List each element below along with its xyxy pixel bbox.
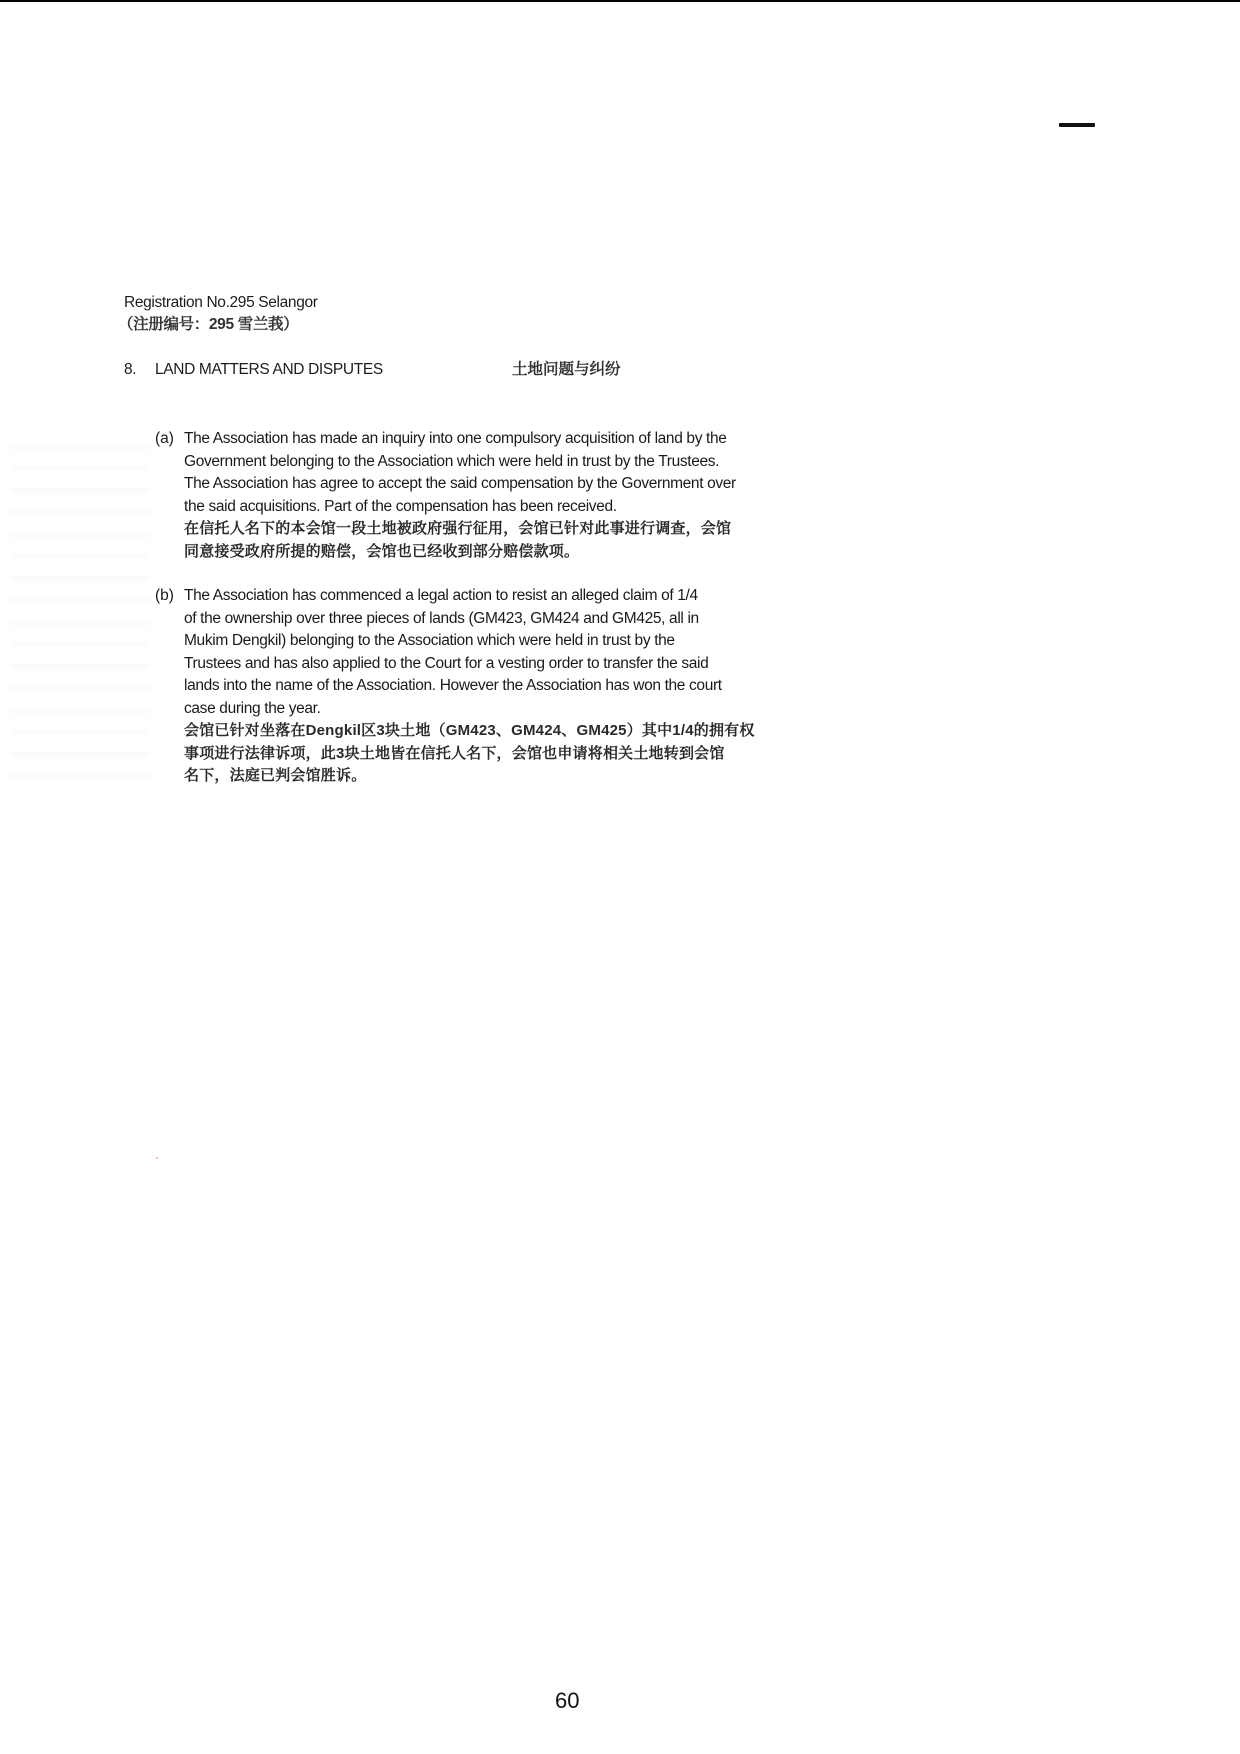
scan-speck [156, 1157, 158, 1159]
registration-number: Registration No.295 Selangor [124, 292, 318, 315]
paragraph-line: Government belonging to the Association … [184, 451, 864, 474]
paragraph-line: case during the year. [184, 698, 864, 721]
paragraph-line: The Association has commenced a legal ac… [184, 585, 864, 608]
section-title: LAND MATTERS AND DISPUTES [155, 359, 383, 382]
paragraph-line: lands into the name of the Association. … [184, 675, 864, 698]
section-title-chinese: 土地问题与纠纷 [512, 359, 621, 382]
paragraph-line-chinese: 名下，法庭已判会馆胜诉。 [184, 765, 864, 788]
paragraph-line: The Association has made an inquiry into… [184, 428, 864, 451]
paragraph-line: Mukim Dengkil) belonging to the Associat… [184, 630, 864, 653]
paragraph-line-chinese: 同意接受政府所提的赔偿，会馆也已经收到部分赔偿款项。 [184, 541, 864, 564]
paragraph-body: The Association has made an inquiry into… [184, 428, 864, 563]
corner-dash-mark [1059, 123, 1095, 127]
paragraph-label: (b) [155, 585, 174, 608]
paragraph-body: The Association has commenced a legal ac… [184, 585, 864, 788]
paragraph-line-chinese: 会馆已针对坐落在Dengkil区3块土地（GM423、GM424、GM425）其… [184, 720, 864, 743]
paragraph-label: (a) [155, 428, 174, 451]
paragraph-line: The Association has agree to accept the … [184, 473, 864, 496]
section-number: 8. [124, 359, 136, 382]
paragraph-line: of the ownership over three pieces of la… [184, 608, 864, 631]
paragraph-line-chinese: 事项进行法律诉项，此3块土地皆在信托人名下，会馆也申请将相关土地转到会馆 [184, 743, 864, 766]
paragraph-line: Trustees and has also applied to the Cou… [184, 653, 864, 676]
paragraph-line-chinese: 在信托人名下的本会馆一段土地被政府强行征用，会馆已针对此事进行调查，会馆 [184, 518, 864, 541]
page-number: 60 [555, 1688, 579, 1714]
scan-noise-artifact [10, 430, 150, 790]
registration-number-chinese: （注册编号：295 雪兰莪） [118, 314, 298, 337]
paragraph-line: the said acquisitions. Part of the compe… [184, 496, 864, 519]
top-border-rule [0, 0, 1240, 2]
